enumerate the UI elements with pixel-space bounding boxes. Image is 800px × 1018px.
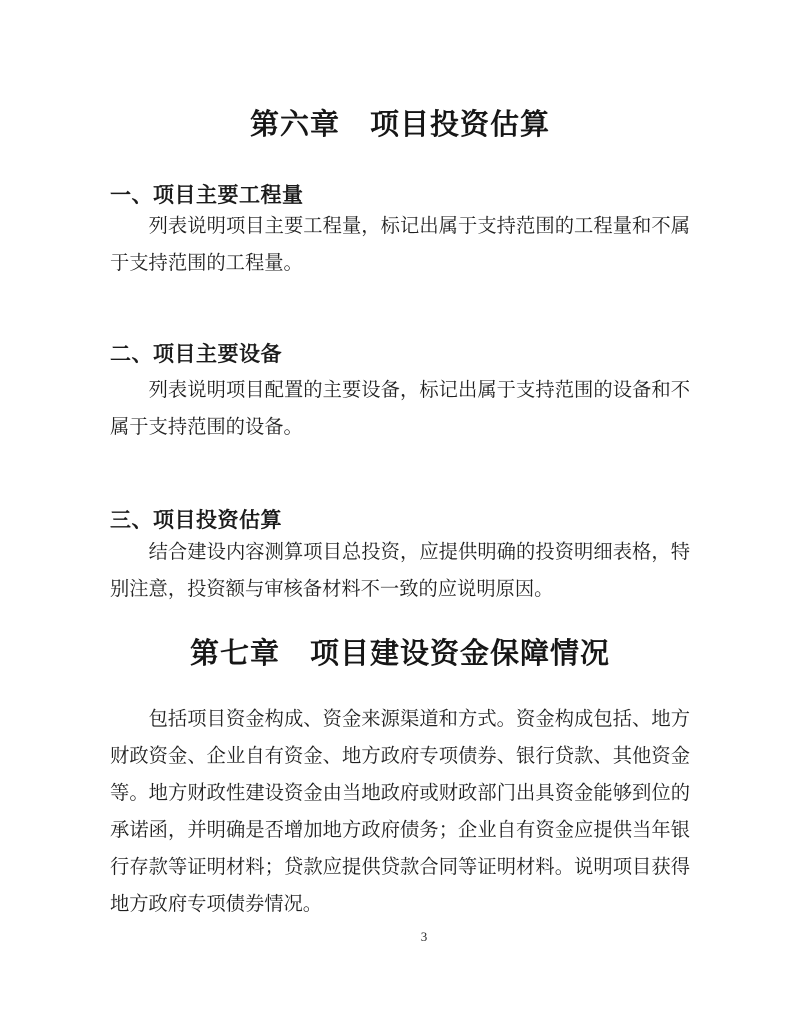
section-body-2: 列表说明项目配置的主要设备，标记出属于支持范围的设备和不属于支持范围的设备。 [110,372,690,446]
section-body-3: 结合建设内容测算项目总投资，应提供明确的投资明细表格，特别注意，投资额与审核备材… [110,534,690,608]
section-body-1: 列表说明项目主要工程量，标记出属于支持范围的工程量和不属于支持范围的工程量。 [110,208,690,282]
chapter-6-title: 第六章 项目投资估算 [0,107,800,143]
page-number: 3 [421,929,428,945]
section-heading-3: 三、项目投资估算 [110,508,282,534]
section-heading-2: 二、项目主要设备 [110,342,282,368]
document-page: 第六章 项目投资估算 一、项目主要工程量 列表说明项目主要工程量，标记出属于支持… [0,0,800,1018]
section-heading-1: 一、项目主要工程量 [110,183,304,209]
chapter-7-body: 包括项目资金构成、资金来源渠道和方式。资金构成包括、地方财政资金、企业自有资金、… [110,701,690,923]
chapter-7-title: 第七章 项目建设资金保障情况 [0,636,800,672]
